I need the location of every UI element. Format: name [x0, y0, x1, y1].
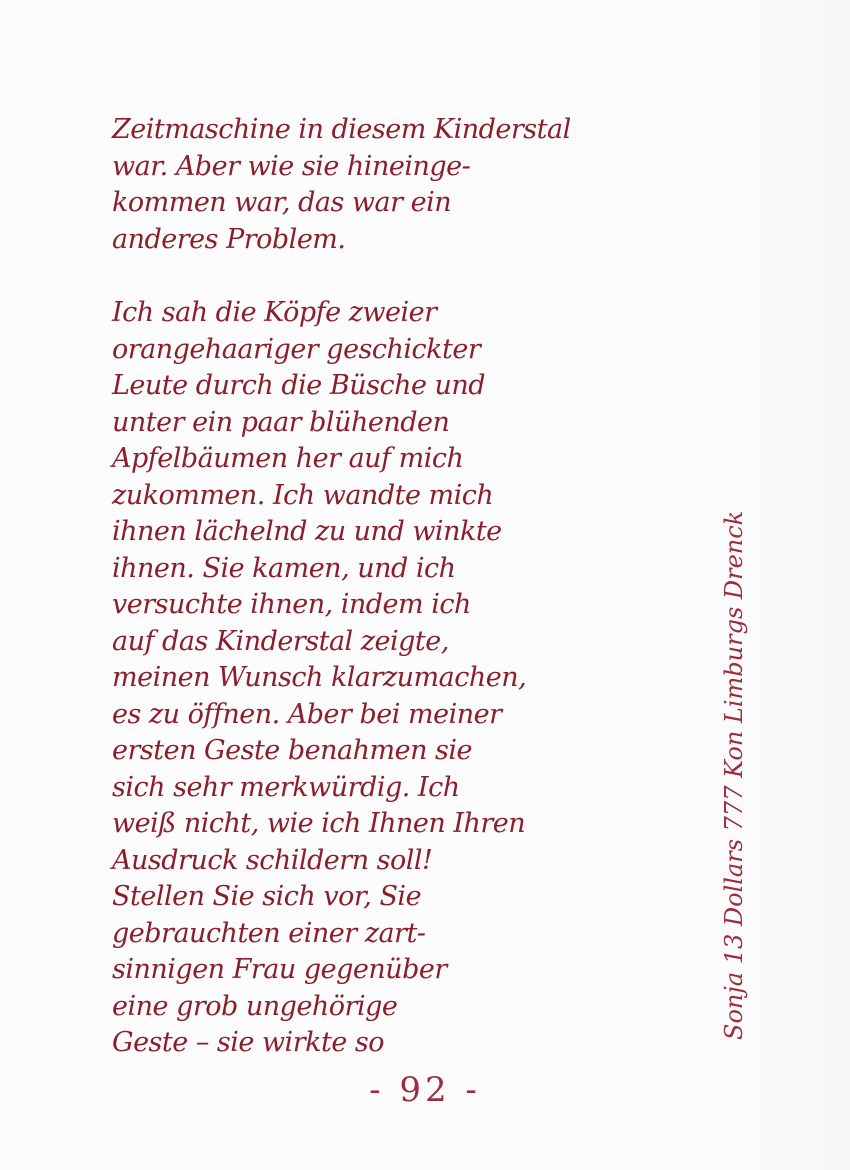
text-line: ihnen. Sie kamen, und ich: [112, 551, 712, 588]
text-line: es zu öffnen. Aber bei meiner: [112, 697, 712, 734]
text-line: zukommen. Ich wandte mich: [112, 478, 712, 515]
text-line: weiß nicht, wie ich Ihnen Ihren: [112, 806, 712, 843]
paragraph-gap: [112, 258, 712, 295]
text-line: war. Aber wie sie hineinge-: [112, 149, 712, 186]
text-line: Geste – sie wirkte so: [112, 1025, 712, 1062]
text-line: sich sehr merkwürdig. Ich: [112, 770, 712, 807]
text-line: versuchte ihnen, indem ich: [112, 587, 712, 624]
text-line: gebrauchten einer zart-: [112, 916, 712, 953]
text-line: eine grob ungehörige: [112, 989, 712, 1026]
text-line: Zeitmaschine in diesem Kinderstal: [112, 112, 712, 149]
text-line: Apfelbäumen her auf mich: [112, 441, 712, 478]
text-line: ihnen lächelnd zu und winkte: [112, 514, 712, 551]
handwritten-page: Zeitmaschine in diesem Kinderstal war. A…: [0, 0, 850, 1170]
vertical-margin-note: Sonja 13 Dollars 777 Kon Limburgs Drenck: [714, 160, 754, 1040]
text-line: orangehaariger geschickter: [112, 332, 712, 369]
text-line: Stellen Sie sich vor, Sie: [112, 879, 712, 916]
text-line: Leute durch die Büsche und: [112, 368, 712, 405]
page-number: - 92 -: [0, 1070, 850, 1110]
text-line: sinnigen Frau gegenüber: [112, 952, 712, 989]
text-line: meinen Wunsch klarzumachen,: [112, 660, 712, 697]
handwritten-text: Zeitmaschine in diesem Kinderstal war. A…: [112, 112, 712, 1062]
text-line: auf das Kinderstal zeigte,: [112, 624, 712, 661]
paragraph-1: Zeitmaschine in diesem Kinderstal war. A…: [112, 112, 712, 258]
text-line: Ausdruck schildern soll!: [112, 843, 712, 880]
text-line: unter ein paar blühenden: [112, 405, 712, 442]
text-line: ersten Geste benahmen sie: [112, 733, 712, 770]
text-line: anderes Problem.: [112, 222, 712, 259]
text-line: Ich sah die Köpfe zweier: [112, 295, 712, 332]
text-line: kommen war, das war ein: [112, 185, 712, 222]
paragraph-2: Ich sah die Köpfe zweier orangehaariger …: [112, 295, 712, 1062]
